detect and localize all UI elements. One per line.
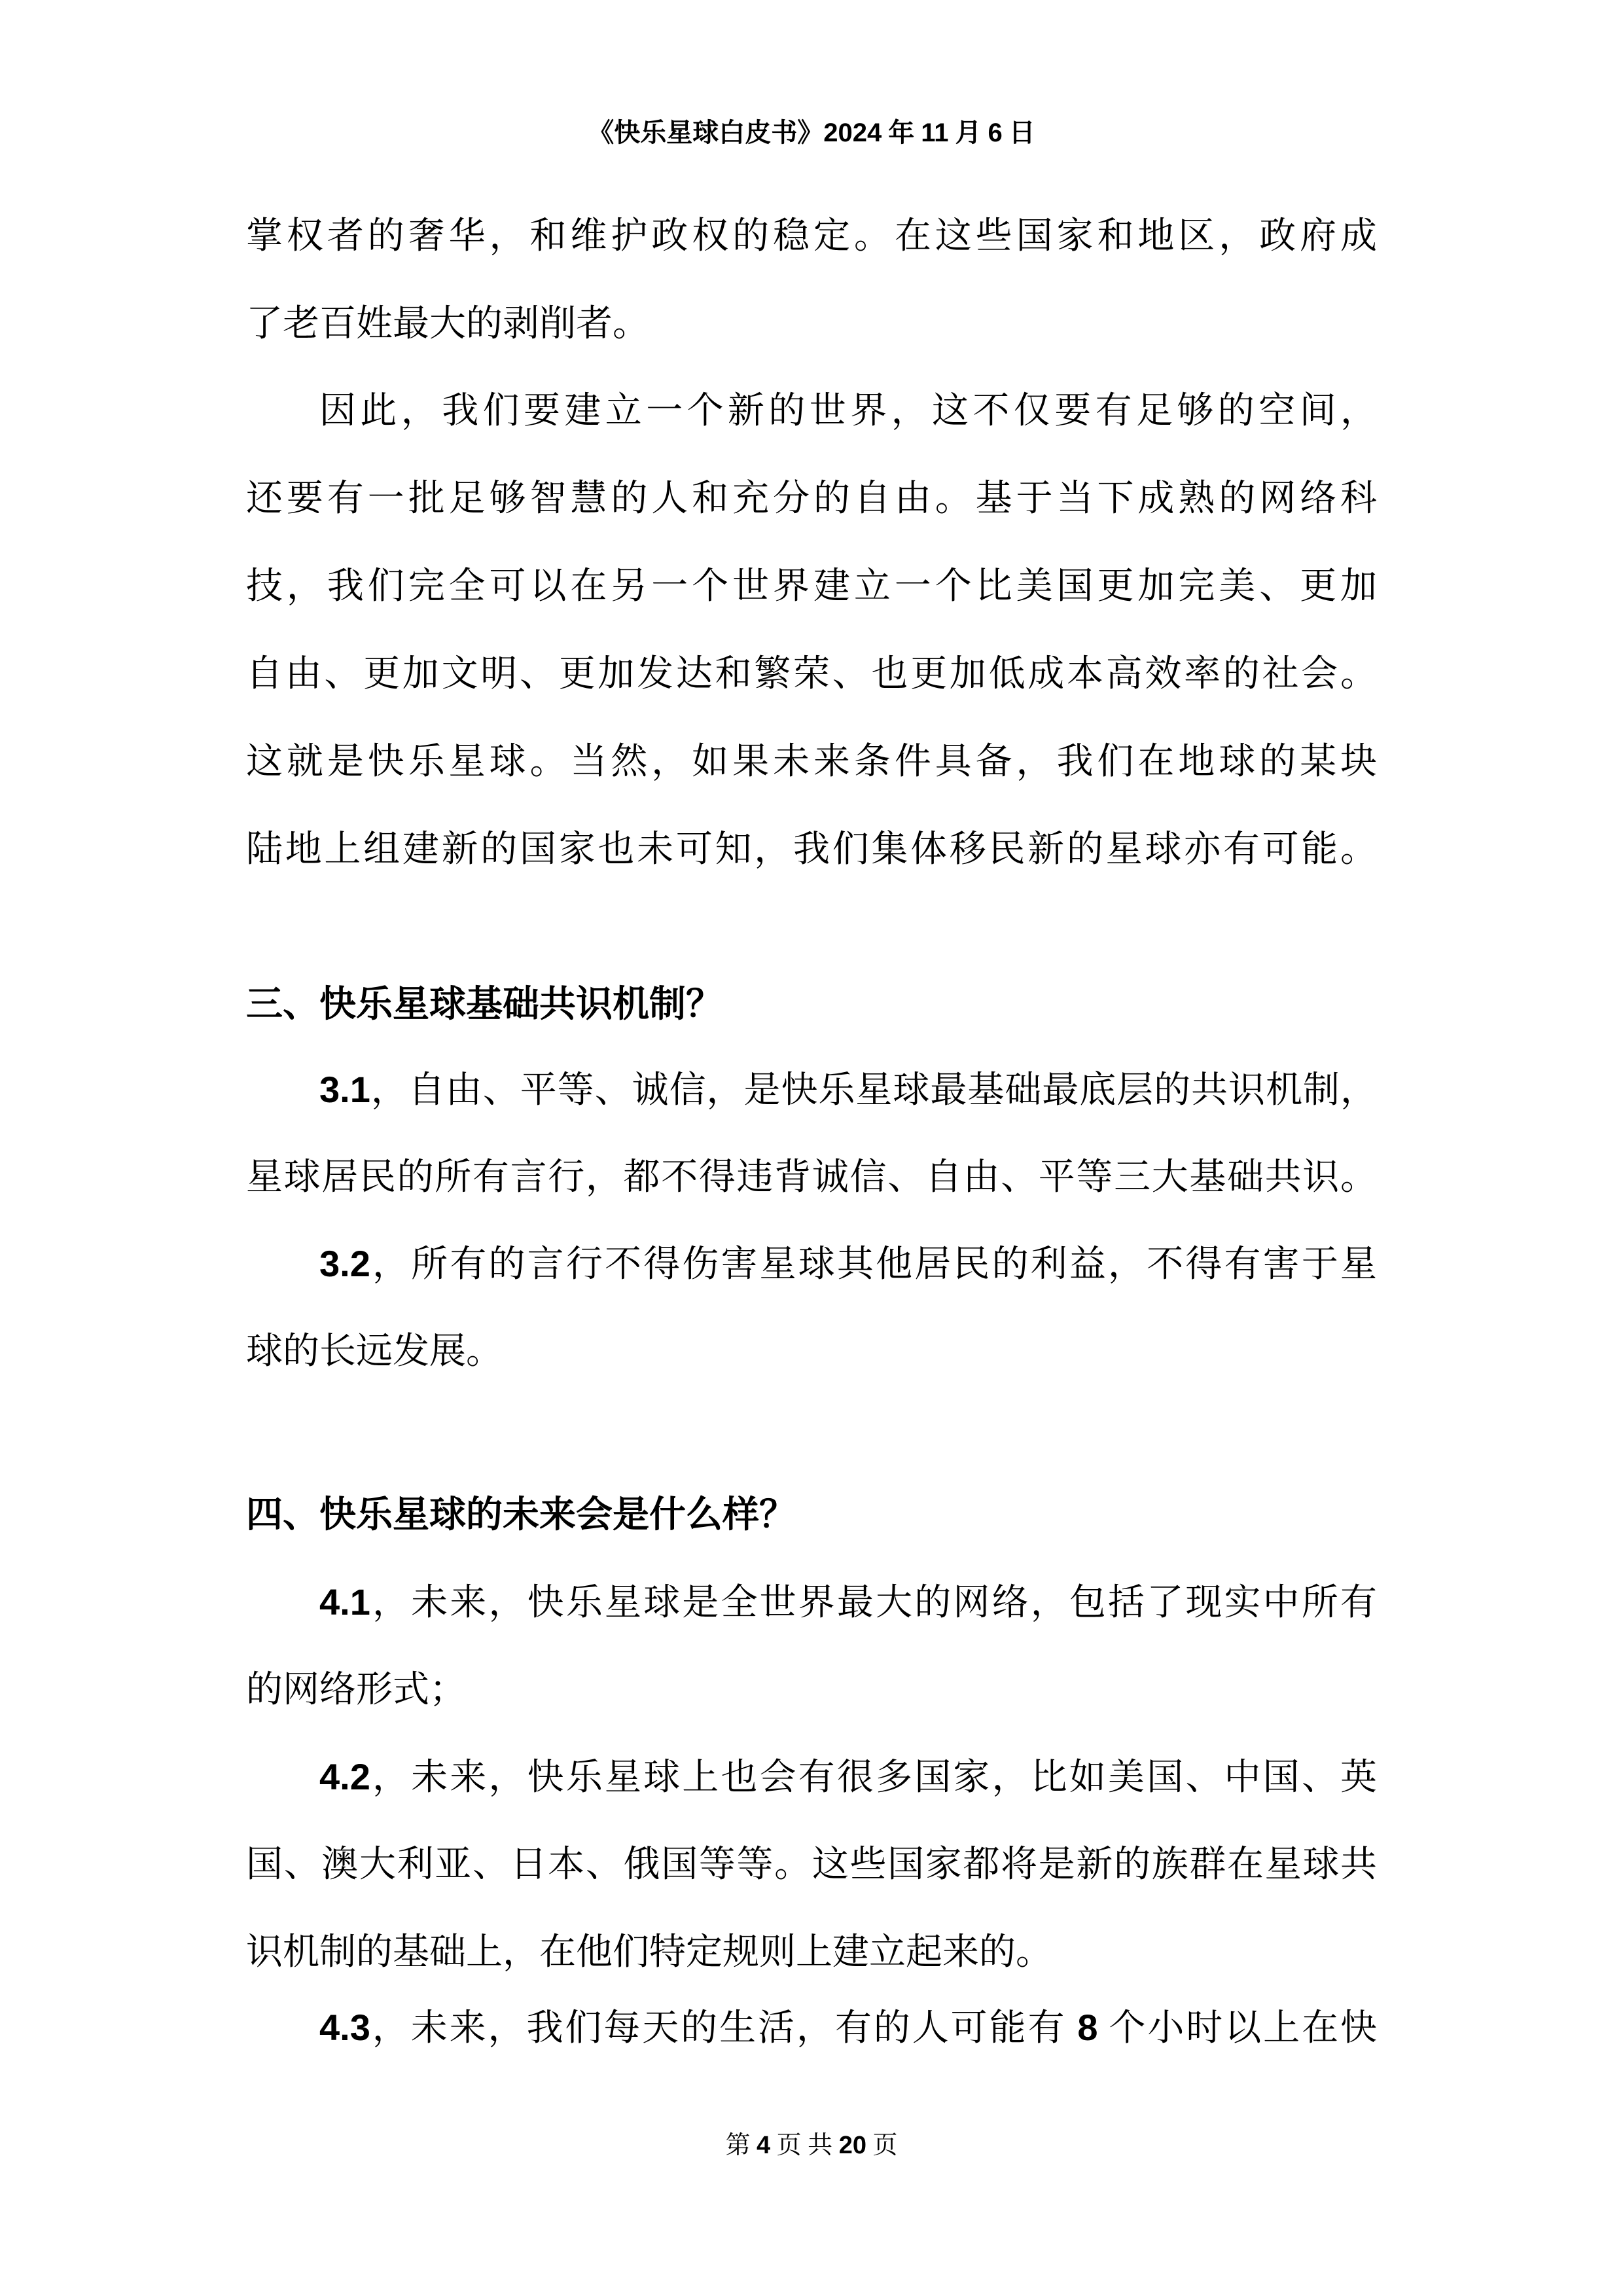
paragraph: 因此，我们要建立一个新的世界，这不仅要有足够的空间， 还要有一批足够智慧的人和充… bbox=[246, 367, 1377, 893]
text-line: 4.3，未来，我们每天的生活，有的人可能有 8 个小时以上在快 bbox=[246, 1984, 1377, 2072]
text-line: 因此，我们要建立一个新的世界，这不仅要有足够的空间， bbox=[246, 367, 1377, 455]
text-line: 识机制的基础上，在他们特定规则上建立起来的。 bbox=[246, 1909, 1377, 1996]
text-line: 的网络形式； bbox=[246, 1646, 1377, 1734]
text-line: 国、澳大利亚、日本、俄国等等。这些国家都将是新的族群在星球共 bbox=[246, 1821, 1377, 1909]
page-number: 第 4 页 共 20 页 bbox=[726, 2132, 898, 2159]
section-heading-4: 四、快乐星球的未来会是什么样？ bbox=[246, 1471, 1377, 1559]
paragraph: 3.2，所有的言行不得伤害星球其他居民的利益，不得有害于星 球的长远发展。 bbox=[246, 1220, 1377, 1395]
text-line: 3.1，自由、平等、诚信，是快乐星球最基础最底层的共识机制， bbox=[246, 1046, 1377, 1134]
text-line: 了老百姓最大的剥削者。 bbox=[246, 280, 1377, 368]
text-line: 这就是快乐星球。当然，如果未来条件具备，我们在地球的某块 bbox=[246, 718, 1377, 806]
text-line: 自由、更加文明、更加发达和繁荣、也更加低成本高效率的社会。 bbox=[246, 630, 1377, 718]
text-line: 4.1，未来，快乐星球是全世界最大的网络，包括了现实中所有 bbox=[246, 1558, 1377, 1646]
section-heading-3: 三、快乐星球基础共识机制？ bbox=[246, 961, 1377, 1049]
document-page: 《快乐星球白皮书》2024 年 11 月 6 日 掌权者的奢华，和维护政权的稳定… bbox=[0, 0, 1623, 2296]
text-line: 3.2，所有的言行不得伤害星球其他居民的利益，不得有害于星 bbox=[246, 1220, 1377, 1308]
text-line: 4.2，未来，快乐星球上也会有很多国家，比如美国、中国、英 bbox=[246, 1733, 1377, 1821]
text-line: 还要有一批足够智慧的人和充分的自由。基于当下成熟的网络科 bbox=[246, 455, 1377, 543]
text-line: 陆地上组建新的国家也未可知，我们集体移民新的星球亦有可能。 bbox=[246, 806, 1377, 893]
text-line: 技，我们完全可以在另一个世界建立一个比美国更加完美、更加 bbox=[246, 543, 1377, 630]
paragraph: 4.2，未来，快乐星球上也会有很多国家，比如美国、中国、英 国、澳大利亚、日本、… bbox=[246, 1733, 1377, 1996]
paragraph-continuation: 掌权者的奢华，和维护政权的稳定。在这些国家和地区，政府成 了老百姓最大的剥削者。 bbox=[246, 192, 1377, 368]
heading-text: 三、快乐星球基础共识机制？ bbox=[246, 961, 1377, 1049]
page-header: 《快乐星球白皮书》2024 年 11 月 6 日 bbox=[0, 118, 1623, 148]
page-footer: 第 4 页 共 20 页 bbox=[0, 2131, 1623, 2160]
paragraph: 4.3，未来，我们每天的生活，有的人可能有 8 个小时以上在快 bbox=[246, 1984, 1377, 2072]
paragraph: 4.1，未来，快乐星球是全世界最大的网络，包括了现实中所有 的网络形式； bbox=[246, 1558, 1377, 1734]
text-line: 球的长远发展。 bbox=[246, 1308, 1377, 1395]
text-line: 星球居民的所有言行，都不得违背诚信、自由、平等三大基础共识。 bbox=[246, 1134, 1377, 1221]
text-line: 掌权者的奢华，和维护政权的稳定。在这些国家和地区，政府成 bbox=[246, 192, 1377, 280]
paragraph: 3.1，自由、平等、诚信，是快乐星球最基础最底层的共识机制， 星球居民的所有言行… bbox=[246, 1046, 1377, 1221]
document-title-header: 《快乐星球白皮书》2024 年 11 月 6 日 bbox=[588, 118, 1035, 147]
heading-text: 四、快乐星球的未来会是什么样？ bbox=[246, 1471, 1377, 1559]
